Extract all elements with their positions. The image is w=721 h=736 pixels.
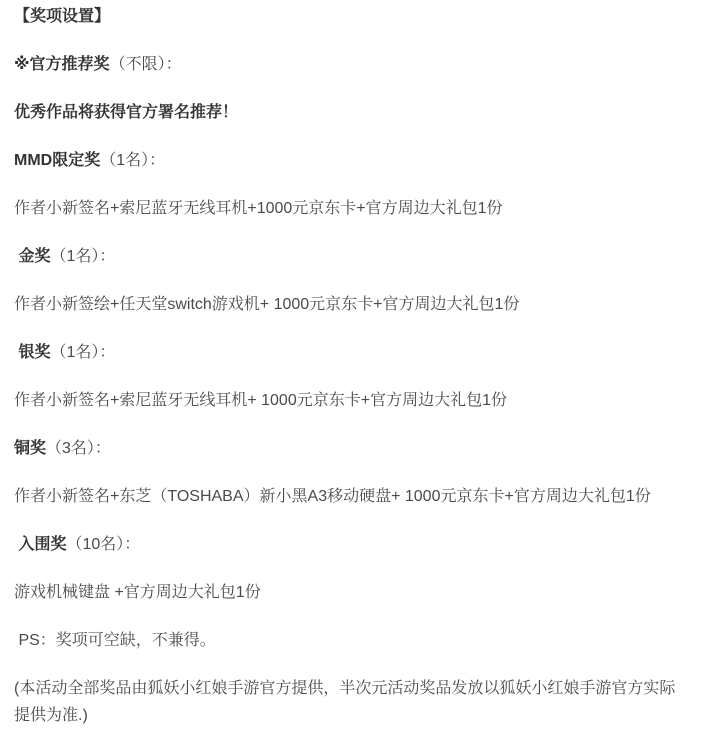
award-bronze-name: 铜奖 — [14, 440, 46, 457]
award-silver-prize-text: 作者小新签名+索尼蓝牙无线耳机+ 1000元京东卡+官方周边大礼包1份 — [14, 392, 507, 409]
award-gold-name: 金奖 — [14, 248, 50, 265]
award-bronze-quota: （3名）： — [46, 440, 111, 457]
award-shortlist-prize-text: 游戏机械键盘 +官方周边大礼包1份 — [14, 584, 261, 601]
prize-announcement-article: 【奖项设置】 ※官方推荐奖（不限）： 优秀作品将获得官方署名推荐！ MMD限定奖… — [0, 0, 721, 736]
award-recommend-prize-text: 优秀作品将获得官方署名推荐！ — [14, 104, 238, 121]
award-silver-name: 银奖 — [14, 344, 50, 361]
award-gold-quota: （1名）： — [50, 248, 115, 265]
award-shortlist-heading: 入围奖（10名）： — [14, 531, 690, 558]
award-mmd-prize: 作者小新签名+索尼蓝牙无线耳机+1000元京东卡+官方周边大礼包1份 — [14, 195, 690, 222]
award-recommend-heading: ※官方推荐奖（不限）： — [14, 51, 690, 78]
disclaimer: (本活动全部奖品由狐妖小红娘手游官方提供，半次元活动奖品发放以狐妖小红娘手游官方… — [14, 675, 690, 729]
award-shortlist-quota: （10名）： — [66, 536, 140, 553]
award-recommend-prize: 优秀作品将获得官方署名推荐！ — [14, 99, 690, 126]
award-silver-prize: 作者小新签名+索尼蓝牙无线耳机+ 1000元京东卡+官方周边大礼包1份 — [14, 387, 690, 414]
section-title-text: 【奖项设置】 — [14, 8, 110, 25]
award-gold-heading: 金奖（1名）： — [14, 243, 690, 270]
award-shortlist-prize: 游戏机械键盘 +官方周边大礼包1份 — [14, 579, 690, 606]
section-title: 【奖项设置】 — [14, 3, 690, 30]
award-bronze-prize-text: 作者小新签名+东芝（TOSHABA）新小黑A3移动硬盘+ 1000元京东卡+官方… — [14, 488, 651, 505]
ps-note-text: PS：奖项可空缺，不兼得。 — [14, 632, 216, 649]
award-bronze-prize: 作者小新签名+东芝（TOSHABA）新小黑A3移动硬盘+ 1000元京东卡+官方… — [14, 483, 690, 510]
award-mmd-quota: （1名）： — [100, 152, 165, 169]
award-mmd-prize-text: 作者小新签名+索尼蓝牙无线耳机+1000元京东卡+官方周边大礼包1份 — [14, 200, 503, 217]
award-mmd-heading: MMD限定奖（1名）： — [14, 147, 690, 174]
award-silver-heading: 银奖（1名）： — [14, 339, 690, 366]
award-gold-prize-text: 作者小新签绘+任天堂switch游戏机+ 1000元京东卡+官方周边大礼包1份 — [14, 296, 519, 313]
award-mmd-name: MMD限定奖 — [14, 152, 100, 169]
award-gold-prize: 作者小新签绘+任天堂switch游戏机+ 1000元京东卡+官方周边大礼包1份 — [14, 291, 690, 318]
award-bronze-heading: 铜奖（3名）： — [14, 435, 690, 462]
award-silver-quota: （1名）： — [50, 344, 115, 361]
ps-note: PS：奖项可空缺，不兼得。 — [14, 627, 690, 654]
disclaimer-text: (本活动全部奖品由狐妖小红娘手游官方提供，半次元活动奖品发放以狐妖小红娘手游官方… — [14, 680, 675, 724]
award-recommend-name: ※官方推荐奖 — [14, 56, 110, 73]
award-recommend-quota: （不限）： — [110, 56, 182, 73]
award-shortlist-name: 入围奖 — [14, 536, 66, 553]
